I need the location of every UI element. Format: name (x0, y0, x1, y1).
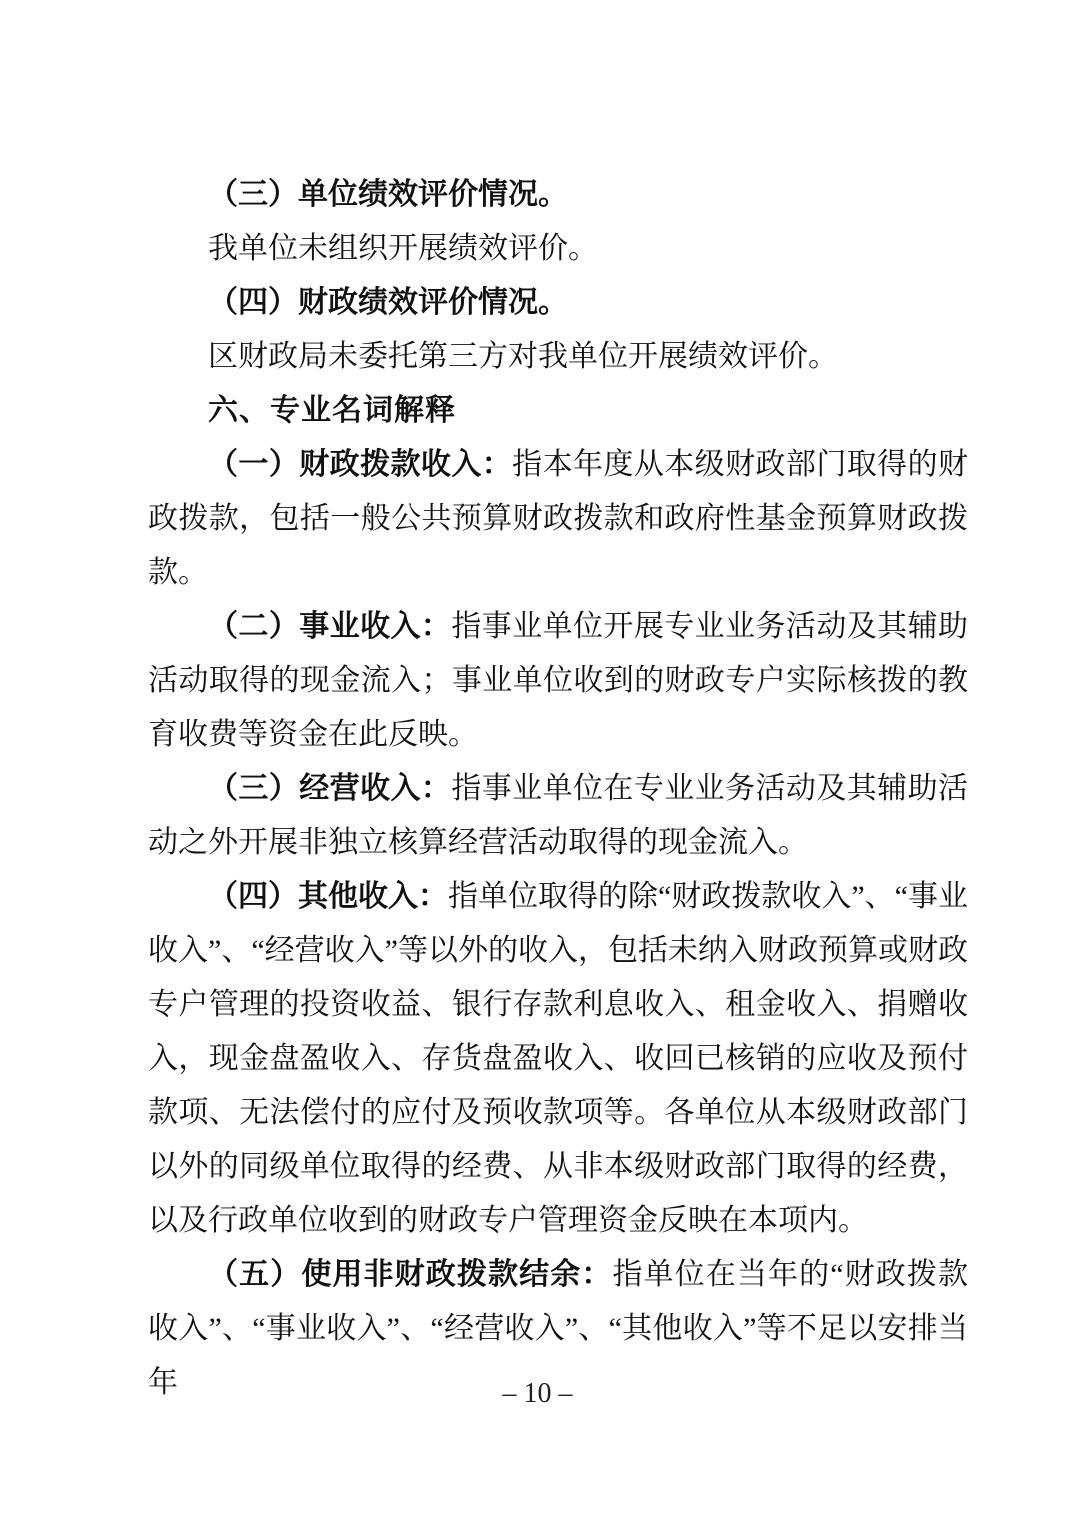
document-page: （三）单位绩效评价情况。 我单位未组织开展绩效评价。 （四）财政绩效评价情况。 … (0, 0, 1075, 1520)
subsection-heading: （三）单位绩效评价情况。 (148, 168, 968, 222)
subsection-heading: （四）财政绩效评价情况。 (148, 276, 968, 330)
term-paragraph: （三）经营收入：指事业单位在专业业务活动及其辅助活动之外开展非独立核算经营活动取… (148, 762, 968, 870)
paragraph-text: 我单位未组织开展绩效评价。 (208, 232, 598, 265)
page-number: – 10 – (0, 1378, 1075, 1410)
section-heading-text: 六、专业名词解释 (208, 394, 456, 427)
document-body: （三）单位绩效评价情况。 我单位未组织开展绩效评价。 （四）财政绩效评价情况。 … (148, 168, 968, 1410)
section-heading: 六、专业名词解释 (148, 384, 968, 438)
term-label: （五）使用非财政拨款结余： (208, 1258, 612, 1291)
page-number-text: – 10 – (503, 1378, 573, 1409)
term-definition: 指单位取得的除“财政拨款收入”、“事业收入”、“经营收入”等以外的收入，包括未纳… (148, 880, 968, 1237)
paragraph-text: 区财政局未委托第三方对我单位开展绩效评价。 (208, 340, 838, 373)
term-label: （三）经营收入： (208, 772, 451, 805)
subsection-heading-text: （四）财政绩效评价情况。 (208, 286, 568, 319)
term-paragraph: （四）其他收入：指单位取得的除“财政拨款收入”、“事业收入”、“经营收入”等以外… (148, 870, 968, 1248)
term-label: （二）事业收入： (208, 610, 451, 643)
term-paragraph: （一）财政拨款收入：指本年度从本级财政部门取得的财政拨款，包括一般公共预算财政拨… (148, 438, 968, 600)
term-label: （四）其他收入： (208, 880, 448, 913)
term-label: （一）财政拨款收入： (208, 448, 512, 481)
paragraph: 区财政局未委托第三方对我单位开展绩效评价。 (148, 330, 968, 384)
paragraph: 我单位未组织开展绩效评价。 (148, 222, 968, 276)
term-paragraph: （二）事业收入：指事业单位开展专业业务活动及其辅助活动取得的现金流入；事业单位收… (148, 600, 968, 762)
subsection-heading-text: （三）单位绩效评价情况。 (208, 178, 568, 211)
